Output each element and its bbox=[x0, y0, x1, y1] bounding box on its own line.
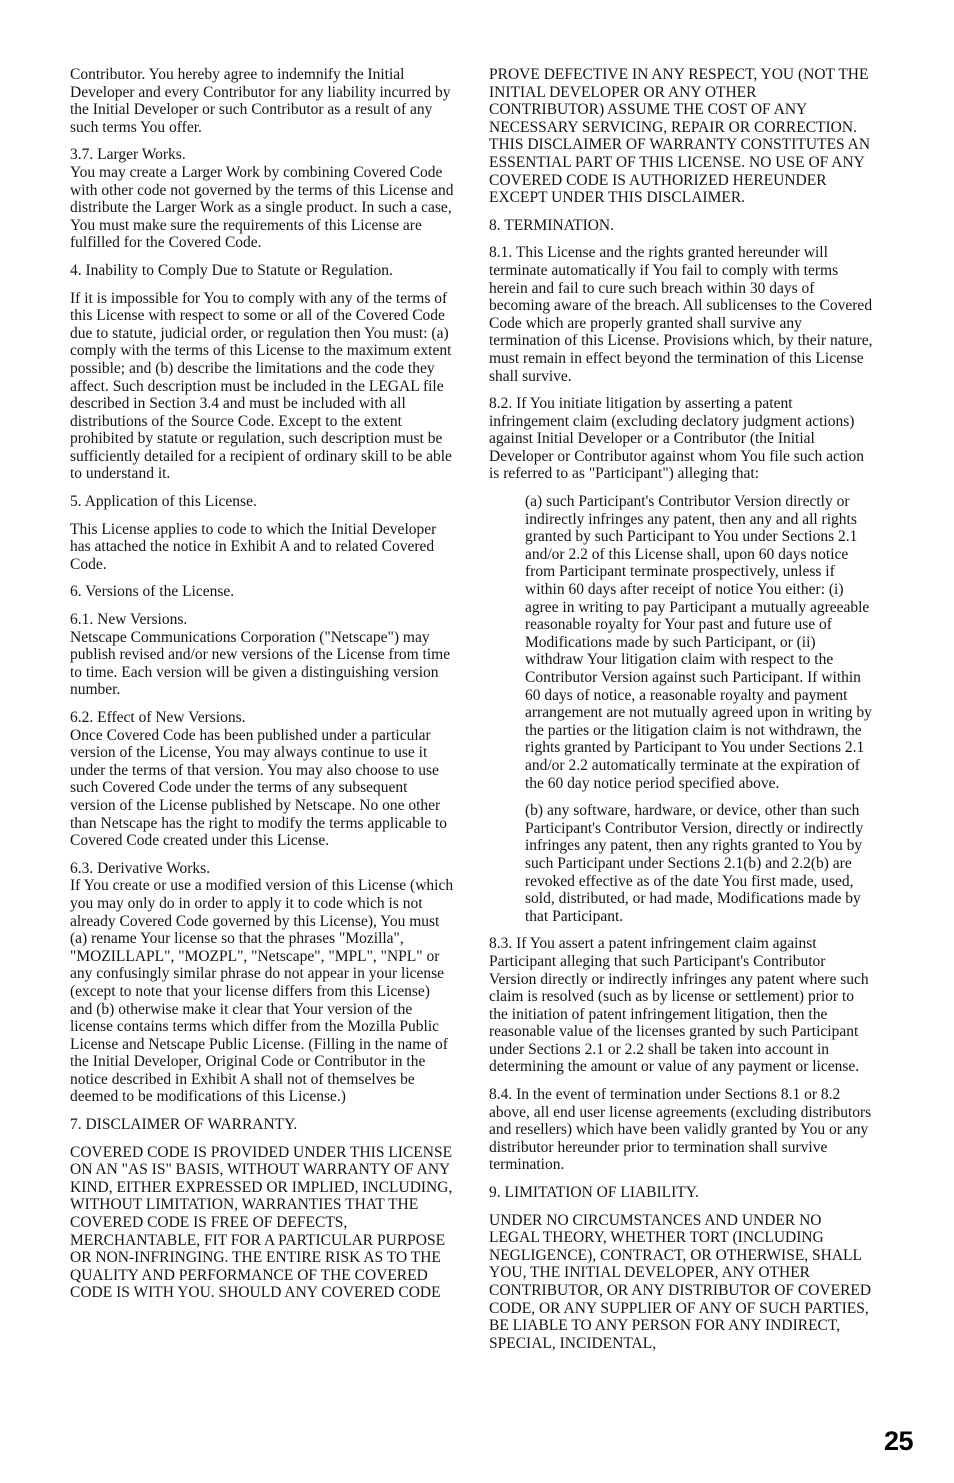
column-left: Contributor. You hereby agree to indemni… bbox=[70, 66, 456, 1362]
paragraph: PROVE DEFECTIVE IN ANY RESPECT, YOU (NOT… bbox=[489, 66, 875, 207]
paragraph: 6.3. Derivative Works. If You create or … bbox=[70, 860, 456, 1106]
paragraph: 6.1. New Versions. Netscape Communicatio… bbox=[70, 611, 456, 699]
paragraph: 8.1. This License and the rights granted… bbox=[489, 244, 875, 385]
paragraph: This License applies to code to which th… bbox=[70, 521, 456, 574]
section-heading: 7. DISCLAIMER OF WARRANTY. bbox=[70, 1116, 456, 1134]
section-heading: 4. Inability to Comply Due to Statute or… bbox=[70, 262, 456, 280]
paragraph: COVERED CODE IS PROVIDED UNDER THIS LICE… bbox=[70, 1144, 456, 1302]
text-columns: Contributor. You hereby agree to indemni… bbox=[70, 66, 874, 1362]
paragraph: UNDER NO CIRCUMSTANCES AND UNDER NO LEGA… bbox=[489, 1212, 875, 1353]
paragraph: 8.2. If You initiate litigation by asser… bbox=[489, 395, 875, 483]
page-number: 25 bbox=[884, 1426, 913, 1457]
section-heading: 5. Application of this License. bbox=[70, 493, 456, 511]
paragraph: (a) such Participant's Contributor Versi… bbox=[489, 493, 875, 792]
paragraph: If it is impossible for You to comply wi… bbox=[70, 290, 456, 484]
paragraph: (b) any software, hardware, or device, o… bbox=[489, 802, 875, 925]
paragraph: 8.4. In the event of termination under S… bbox=[489, 1086, 875, 1174]
column-right: PROVE DEFECTIVE IN ANY RESPECT, YOU (NOT… bbox=[489, 66, 875, 1362]
paragraph: Contributor. You hereby agree to indemni… bbox=[70, 66, 456, 136]
paragraph: 8.3. If You assert a patent infringement… bbox=[489, 935, 875, 1076]
section-heading: 9. LIMITATION OF LIABILITY. bbox=[489, 1184, 875, 1202]
paragraph: 3.7. Larger Works. You may create a Larg… bbox=[70, 146, 456, 252]
section-heading: 8. TERMINATION. bbox=[489, 217, 875, 235]
document-page: Contributor. You hereby agree to indemni… bbox=[0, 0, 954, 1483]
section-heading: 6. Versions of the License. bbox=[70, 583, 456, 601]
paragraph: 6.2. Effect of New Versions. Once Covere… bbox=[70, 709, 456, 850]
